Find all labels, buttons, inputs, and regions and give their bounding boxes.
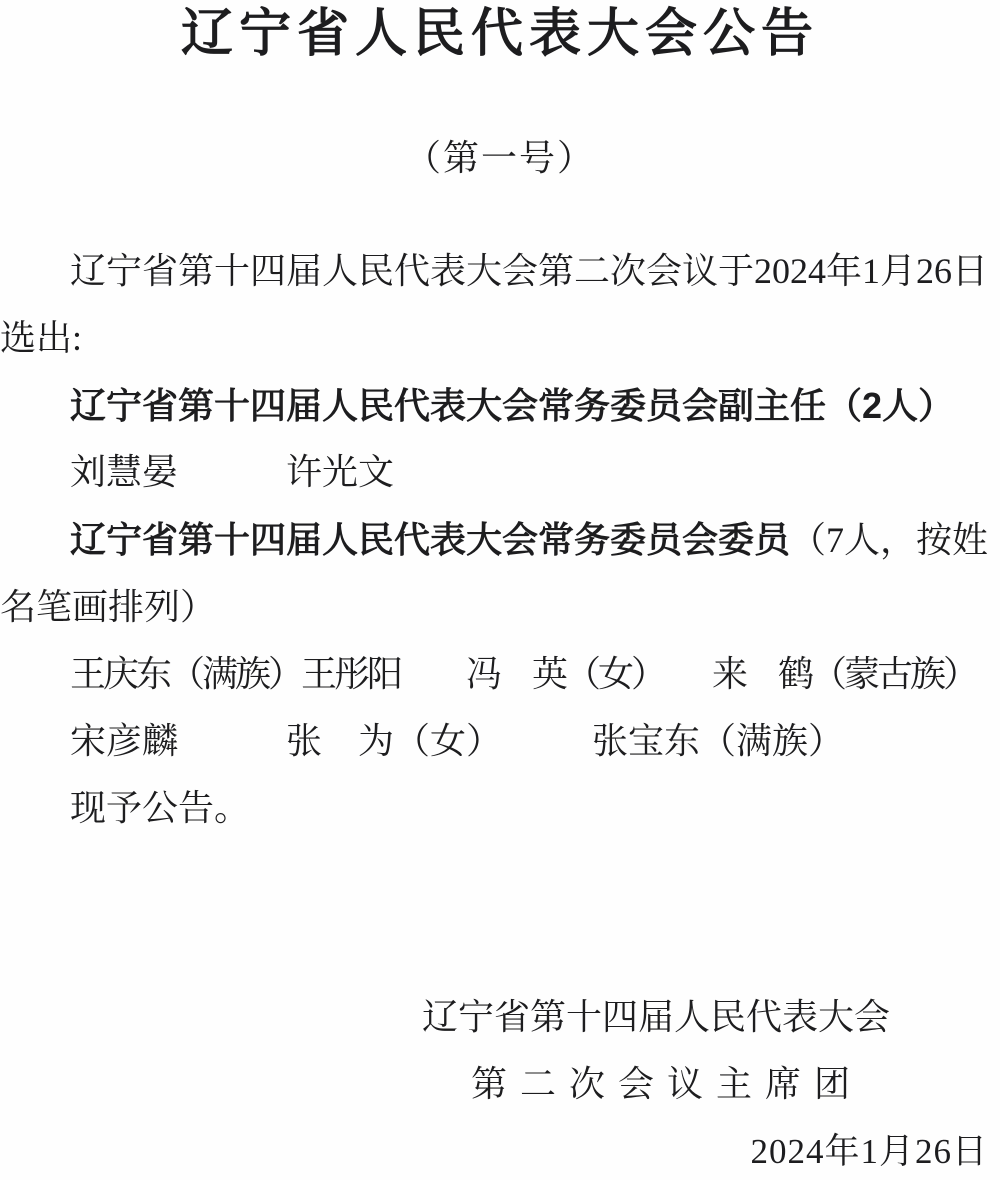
document-body: 辽宁省第十四届人民代表大会第二次会议于2024年1月26日 选出: 辽宁省第十四… [0, 238, 1000, 842]
section2-names-row2: 宋彦麟 张 为（女） 张宝东（满族） [0, 708, 1000, 775]
intro-line-1: 辽宁省第十四届人民代表大会第二次会议于2024年1月26日 [0, 238, 1000, 305]
document-title: 辽宁省人民代表大会公告 [0, 0, 1000, 68]
section2-heading-note-text: （7人，按姓 [790, 520, 988, 560]
issue-number: （第一号） [0, 125, 1000, 191]
signature-date: 2024年1月26日 [0, 1118, 1000, 1180]
section2-heading-bold-text: 辽宁省第十四届人民代表大会常务委员会委员 [70, 519, 790, 560]
section2-names-row1: 王庆东（满族）王彤阳 冯 英（女） 来 鹤（蒙古族） [0, 641, 1000, 708]
intro-line-2: 选出: [0, 305, 1000, 372]
section2-heading-line1: 辽宁省第十四届人民代表大会常务委员会委员（7人，按姓 [0, 506, 1000, 574]
signature-block: 辽宁省第十四届人民代表大会 第二次会议主席团 2024年1月26日 [0, 984, 1000, 1180]
section1-heading: 辽宁省第十四届人民代表大会常务委员会副主任（2人） [0, 372, 1000, 439]
signature-session: 第二次会议主席团 [0, 1051, 1000, 1118]
closing-line: 现予公告。 [0, 775, 1000, 842]
signature-org: 辽宁省第十四届人民代表大会 [0, 984, 1000, 1051]
section2-heading-line2: 名笔画排列） [0, 574, 1000, 641]
section1-names: 刘慧晏 许光文 [0, 439, 1000, 506]
announcement-document: 辽宁省人民代表大会公告 （第一号） 辽宁省第十四届人民代表大会第二次会议于202… [0, 0, 1000, 1180]
